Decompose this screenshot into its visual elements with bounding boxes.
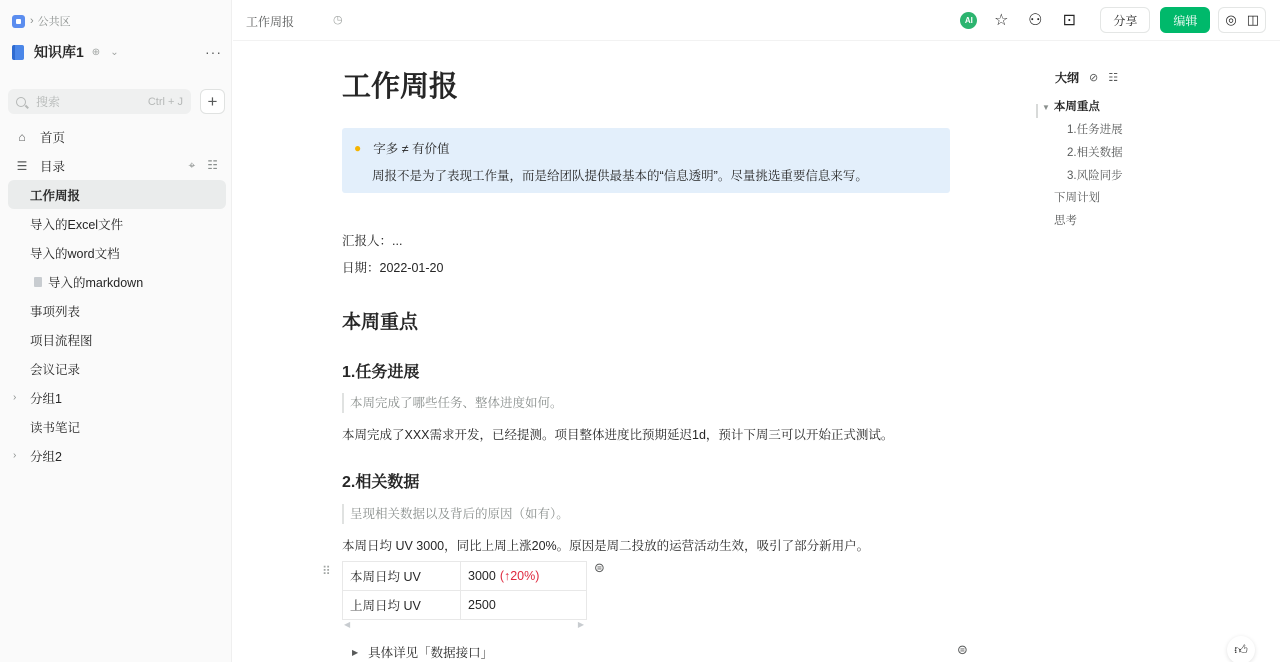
panel-toggle-group: ◎ ◫ xyxy=(1218,7,1266,33)
library-header: 知识库1 ⊕ ⌄ ··· xyxy=(12,42,222,62)
comment-icon[interactable]: ◎ xyxy=(1225,12,1236,28)
book-icon xyxy=(12,45,24,60)
ai-button[interactable]: AI xyxy=(960,12,977,29)
breadcrumb-space[interactable]: 公共区 xyxy=(38,13,71,29)
home-icon: ⌂ xyxy=(14,130,30,144)
sidebar-item-label: 导入的Excel文件 xyxy=(30,215,123,233)
sidebar-item-label: 分组1 xyxy=(30,389,62,407)
callout-body: 周报不是为了表现工作量，而是给团队提供最基本的“信息透明”。尽量挑选重要信息来写… xyxy=(372,166,868,184)
more-icon[interactable]: ··· xyxy=(205,44,222,60)
present-icon[interactable]: ⊡ xyxy=(1060,10,1078,30)
increase-badge: (↑20%) xyxy=(500,569,540,583)
toggle-block[interactable]: ▶ 具体详见「数据接口」 xyxy=(352,643,493,661)
search-icon xyxy=(16,97,26,107)
chevron-right-icon: › xyxy=(30,15,34,27)
chevron-right-icon[interactable]: › xyxy=(13,392,16,403)
outline-item[interactable]: 1.任务进展 xyxy=(1067,121,1123,137)
sidebar-item-home[interactable]: ⌂ 首页 xyxy=(8,122,226,151)
table-cell[interactable]: 上周日均 UV xyxy=(343,591,461,620)
sidebar-item-label: 导入的markdown xyxy=(48,273,143,291)
subsection-heading: 2.相关数据 xyxy=(342,469,419,492)
subsection-heading: 1.任务进展 xyxy=(342,359,419,382)
lightbulb-icon: ● xyxy=(354,141,361,155)
outline-item[interactable]: 下周计划 xyxy=(1054,189,1100,205)
sidebar-item-toc[interactable]: ☰ 目录 ⌖ ☷ xyxy=(8,151,226,180)
page-title: 工作周报 xyxy=(342,64,458,105)
outline-title: 大纲 xyxy=(1055,69,1079,86)
locate-icon[interactable]: ⌖ xyxy=(188,158,195,173)
sidebar-nav: ⌂ 首页 ☰ 目录 ⌖ ☷ 工作周报 导入的Excel文件 导入的word文档 … xyxy=(8,122,226,470)
table-scrollbar[interactable]: ◀ ▶ xyxy=(342,623,586,629)
library-name[interactable]: 知识库1 xyxy=(34,42,84,62)
document-icon xyxy=(34,277,42,287)
sidebar-item-excel[interactable]: 导入的Excel文件 xyxy=(8,209,226,238)
hide-icon[interactable]: ⊘ xyxy=(1089,71,1098,84)
quote-block: 本周完成了哪些任务、整体进度如何。 xyxy=(342,393,563,413)
edit-button[interactable]: 编辑 xyxy=(1160,7,1210,33)
search-input[interactable] xyxy=(36,95,136,109)
sidebar-item-label: 事项列表 xyxy=(30,302,80,320)
sidebar-item-group1[interactable]: › 分组1 xyxy=(8,383,226,412)
table-cell[interactable]: 本周日均 UV xyxy=(343,562,461,591)
section-heading: 本周重点 xyxy=(342,307,418,334)
cell-value: 3000 xyxy=(468,569,496,583)
star-icon[interactable]: ☆ xyxy=(992,10,1010,30)
like-button[interactable]: 👍︎ xyxy=(1227,636,1255,662)
sidebar-item-task-list[interactable]: 事项列表 xyxy=(8,296,226,325)
comment-icon[interactable]: ⊜ xyxy=(957,642,968,658)
list-icon[interactable]: ☷ xyxy=(207,158,218,173)
callout-heading: 字多 ≠ 有价值 xyxy=(373,139,449,157)
doc-header: 工作周报 ◷ AI ☆ ⚇ ⊡ 分享 编辑 ◎ ◫ xyxy=(233,0,1280,41)
sidebar-item-markdown[interactable]: 导入的markdown xyxy=(8,267,226,296)
add-collaborator-icon[interactable]: ⚇ xyxy=(1026,10,1044,30)
share-button[interactable]: 分享 xyxy=(1100,7,1150,33)
table-row: 上周日均 UV 2500 xyxy=(343,591,587,620)
globe-icon[interactable]: ⊕ xyxy=(92,47,100,58)
sidebar-item-label: 导入的word文档 xyxy=(30,244,120,262)
sidebar-item-group2[interactable]: › 分组2 xyxy=(8,441,226,470)
sidebar-panel-icon[interactable]: ◫ xyxy=(1247,12,1259,28)
reporter-line: 汇报人：... xyxy=(342,231,402,249)
active-indicator xyxy=(1036,104,1038,118)
quote-block: 呈现相关数据以及背后的原因（如有）。 xyxy=(342,504,569,524)
toggle-label: 具体详见「数据接口」 xyxy=(368,643,493,661)
sidebar-item-label: 读书笔记 xyxy=(30,418,80,436)
toc-icon: ☰ xyxy=(14,159,30,173)
breadcrumb[interactable]: › 公共区 xyxy=(12,13,71,29)
paragraph: 本周日均 UV 3000，同比上周上涨20%。原因是周二投放的运营活动生效，吸引… xyxy=(342,536,869,554)
sidebar-item-reading-notes[interactable]: 读书笔记 xyxy=(8,412,226,441)
sidebar-item-label: 分组2 xyxy=(30,447,62,465)
chevron-right-icon[interactable]: › xyxy=(13,450,16,461)
scroll-right-icon[interactable]: ▶ xyxy=(578,620,584,629)
paragraph: 本周完成了XXX需求开发，已经提测。项目整体进度比预期延迟1d，预计下周三可以开… xyxy=(342,425,893,443)
outline-item[interactable]: ▼本周重点 xyxy=(1042,98,1100,114)
sidebar-item-word[interactable]: 导入的word文档 xyxy=(8,238,226,267)
outline-item[interactable]: 2.相关数据 xyxy=(1067,144,1123,160)
search-box[interactable]: Ctrl + J xyxy=(8,89,191,114)
space-icon xyxy=(12,15,25,28)
sidebar-item-meeting-notes[interactable]: 会议记录 xyxy=(8,354,226,383)
date-line: 日期：2022-01-20 xyxy=(342,258,443,276)
outline-item[interactable]: 3.风险同步 xyxy=(1067,167,1123,183)
header-doc-title: 工作周报 xyxy=(246,13,294,30)
triangle-down-icon[interactable]: ▼ xyxy=(1042,103,1050,112)
table-cell[interactable]: 3000(↑20%) xyxy=(461,562,587,591)
sidebar-item-label: 目录 xyxy=(40,157,65,175)
drag-handle-icon[interactable]: ⠿ xyxy=(322,564,331,578)
chevron-down-icon[interactable]: ⌄ xyxy=(110,47,118,58)
list-icon[interactable]: ☷ xyxy=(1108,71,1118,84)
comment-icon[interactable]: ⊜ xyxy=(594,560,605,576)
add-button[interactable]: + xyxy=(200,89,225,114)
sidebar: › 公共区 知识库1 ⊕ ⌄ ··· Ctrl + J + ⌂ 首页 ☰ 目录 … xyxy=(0,0,232,662)
sidebar-item-label: 工作周报 xyxy=(30,186,80,204)
sidebar-item-label: 会议记录 xyxy=(30,360,80,378)
sidebar-item-label: 首页 xyxy=(40,128,65,146)
triangle-right-icon[interactable]: ▶ xyxy=(352,648,358,657)
table-cell[interactable]: 2500 xyxy=(461,591,587,620)
callout-block: ● 字多 ≠ 有价值 周报不是为了表现工作量，而是给团队提供最基本的“信息透明”… xyxy=(342,128,950,193)
search-shortcut: Ctrl + J xyxy=(148,96,183,108)
data-table: 本周日均 UV 3000(↑20%) 上周日均 UV 2500 xyxy=(342,561,587,620)
thumbs-up-icon: 👍︎ xyxy=(1234,642,1248,658)
scroll-left-icon[interactable]: ◀ xyxy=(344,620,350,629)
outline-item[interactable]: 思考 xyxy=(1054,212,1077,228)
sidebar-item-label: 项目流程图 xyxy=(30,331,93,349)
sidebar-item-flowchart[interactable]: 项目流程图 xyxy=(8,325,226,354)
table-row: 本周日均 UV 3000(↑20%) xyxy=(343,562,587,591)
sync-status-icon[interactable]: ◷ xyxy=(333,13,343,26)
sidebar-item-weekly-report[interactable]: 工作周报 xyxy=(8,180,226,209)
